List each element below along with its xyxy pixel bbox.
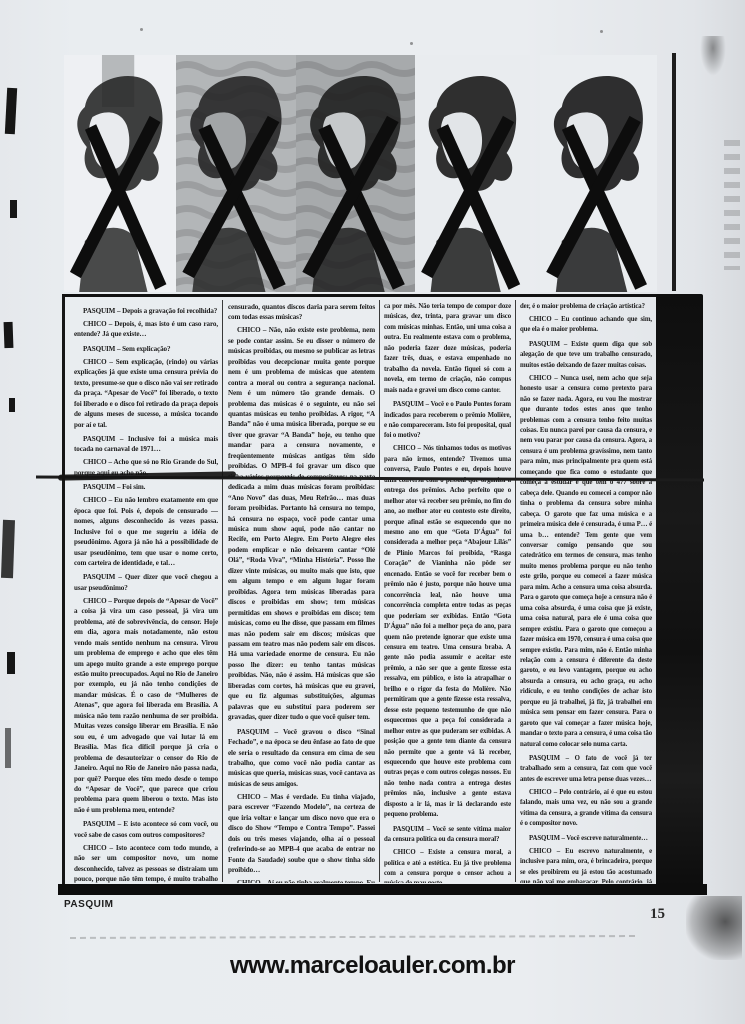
- paragraph: CHICO – Isto acontece com todo mundo, a …: [74, 843, 218, 883]
- paragraph: PASQUIM – Você e o Paulo Pontes foram in…: [384, 400, 511, 442]
- paragraph: CHICO – Sem explicação, (rindo) ou vária…: [74, 357, 218, 430]
- scanned-magazine-page: { "page": { "magazine_name": "PASQUIM", …: [0, 0, 745, 1024]
- paragraph: CHICO – Não, não existe este problema, n…: [228, 325, 375, 722]
- paragraph: CHICO – Nunca usei, nem acho que seja ho…: [520, 374, 652, 750]
- paragraph: CHICO – Depois, é, mas isto é um caso ra…: [74, 319, 218, 340]
- column-rule: [379, 300, 380, 882]
- scan-speck: [600, 30, 603, 33]
- scan-artifact: [1, 520, 15, 578]
- paragraph: CHICO – Porque depois de “Apesar de Você…: [74, 596, 218, 816]
- censored-photo-5: [540, 55, 657, 292]
- column-rule: [515, 300, 516, 882]
- magazine-name: PASQUIM: [64, 899, 113, 910]
- paragraph: CHICO – Eu não lembro exatamente em que …: [74, 495, 218, 568]
- paragraph: PASQUIM – Quer dizer que você chegou a u…: [74, 572, 218, 593]
- article-column-3: ca por mês. Não teria tempo de compor do…: [384, 302, 511, 883]
- paragraph: censurado, quantos discos daria para ser…: [228, 302, 375, 323]
- article-column-2: censurado, quantos discos daria para ser…: [228, 302, 375, 883]
- paragraph: PASQUIM – Depois a gravação foi recolhid…: [74, 306, 218, 316]
- vertical-rule: [672, 53, 676, 291]
- watermark-url: www.marceloauler.com.br: [0, 952, 745, 980]
- paragraph: der, é o maior problema de criação artís…: [520, 302, 652, 312]
- paragraph: PASQUIM – Você gravou o disco “Sinal Fec…: [228, 727, 375, 790]
- scan-smudge: [724, 140, 740, 270]
- paragraph: PASQUIM – Inclusive foi a música mais to…: [74, 434, 218, 455]
- scan-speck: [410, 42, 413, 45]
- paragraph: PASQUIM – Você escreve naturalmente…: [520, 834, 652, 844]
- paragraph: PASQUIM – Você se sente vítima maior da …: [384, 825, 511, 846]
- column-rule: [222, 300, 223, 882]
- paragraph: PASQUIM – Sem explicação?: [74, 344, 218, 354]
- article-column-4: der, é o maior problema de criação artís…: [520, 302, 652, 883]
- scan-speck: [140, 28, 143, 31]
- frame-bottom-border: [58, 884, 707, 895]
- scan-smudge: [686, 896, 742, 960]
- censored-photo-1: [64, 55, 176, 292]
- page-number: 15: [650, 906, 665, 923]
- scan-smudge: [700, 36, 726, 76]
- paragraph: PASQUIM – E isto acontece só com você, o…: [74, 819, 218, 840]
- scan-artifact: [5, 88, 17, 134]
- scan-artifact: [10, 200, 17, 218]
- scan-artifact: [7, 652, 15, 674]
- paragraph: PASQUIM – Existe quem diga que sob alega…: [520, 340, 652, 371]
- censored-photo-4: [415, 55, 530, 292]
- paragraph: CHICO – Existe a censura moral, a políti…: [384, 848, 511, 883]
- censored-photo-2: [176, 55, 296, 292]
- paragraph: PASQUIM – Foi sim.: [74, 482, 218, 492]
- paragraph: CHICO – Nós tínhamos todos os motivos pa…: [384, 444, 511, 820]
- frame-right-band: [656, 294, 703, 886]
- paragraph: CHICO – Aí eu não tinha realmente tempo.…: [228, 878, 375, 883]
- scan-artifact: [5, 728, 11, 768]
- scan-artifact: [9, 398, 15, 412]
- faint-line-artifact: [70, 935, 635, 939]
- paragraph: CHICO – Eu escrevo naturalmente, e inclu…: [520, 847, 652, 883]
- scan-artifact: [4, 322, 14, 348]
- article-column-1: PASQUIM – Depois a gravação foi recolhid…: [74, 302, 218, 883]
- paragraph: CHICO – Mas é verdade. Eu tinha viajado,…: [228, 792, 375, 876]
- paragraph: ca por mês. Não teria tempo de compor do…: [384, 302, 511, 396]
- paragraph: PASQUIM – O fato de você já ter trabalha…: [520, 754, 652, 785]
- paragraph: CHICO – Eu continuo achando que sim, que…: [520, 315, 652, 336]
- paragraph: CHICO – Pelo contrário, aí é que eu esto…: [520, 788, 652, 830]
- censored-photo-3: [296, 55, 415, 292]
